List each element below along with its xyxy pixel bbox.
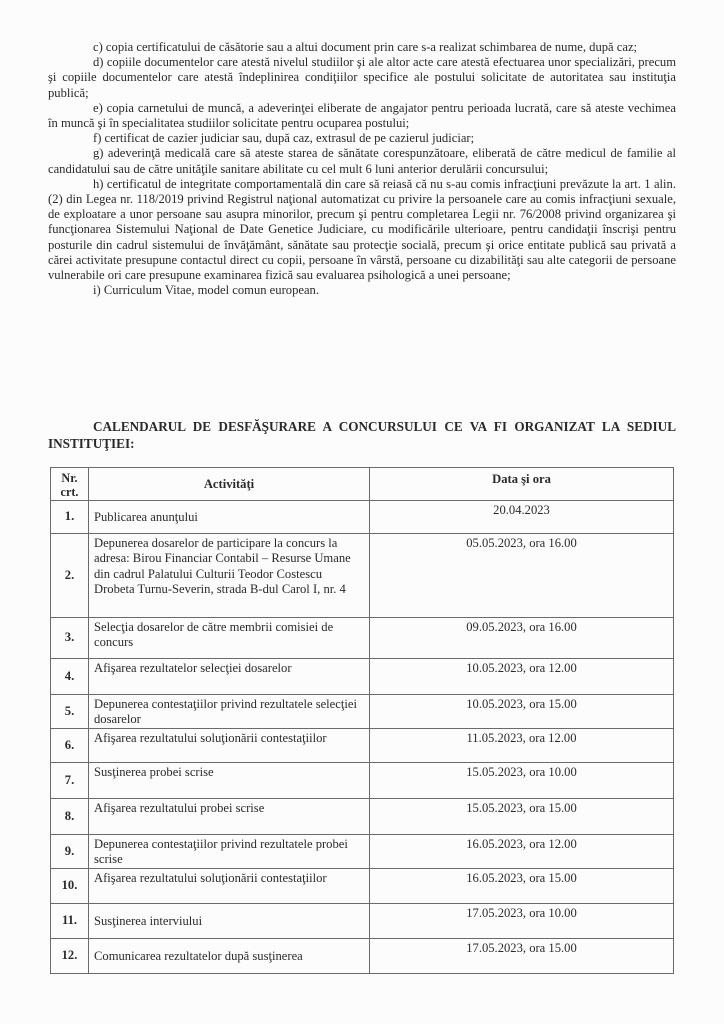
row-activity: Afişarea rezultatului probei scrise: [89, 799, 370, 835]
table-row: 12.Comunicarea rezultatelor după susţine…: [51, 938, 674, 973]
row-number: 6.: [51, 729, 89, 763]
row-datetime: 16.05.2023, ora 15.00: [370, 868, 674, 903]
calendar-heading: CALENDARUL DE DESFĂŞURARE A CONCURSULUI …: [48, 418, 676, 452]
row-datetime: 10.05.2023, ora 12.00: [370, 659, 674, 695]
row-datetime: 09.05.2023, ora 16.00: [370, 618, 674, 659]
row-activity: Susţinerea interviului: [89, 903, 370, 938]
row-number: 4.: [51, 659, 89, 695]
header-datetime: Data şi ora: [370, 468, 674, 501]
row-activity: Afişarea rezultatului soluţionării conte…: [89, 729, 370, 763]
row-datetime: 10.05.2023, ora 15.00: [370, 695, 674, 729]
row-number: 1.: [51, 501, 89, 534]
paragraph-d: d) copiile documentelor care atestă nive…: [48, 55, 676, 101]
row-number: 3.: [51, 618, 89, 659]
row-number: 2.: [51, 534, 89, 618]
row-number: 8.: [51, 799, 89, 835]
row-number: 9.: [51, 835, 89, 869]
row-activity: Depunerea dosarelor de participare la co…: [89, 534, 370, 618]
row-datetime: 20.04.2023: [370, 501, 674, 534]
row-activity: Depunerea contestaţiilor privind rezulta…: [89, 695, 370, 729]
row-activity: Depunerea contestaţiilor privind rezulta…: [89, 835, 370, 869]
row-datetime: 16.05.2023, ora 12.00: [370, 835, 674, 869]
table-row: 7.Susţinerea probei scrise15.05.2023, or…: [51, 763, 674, 799]
row-datetime: 17.05.2023, ora 15.00: [370, 938, 674, 973]
paragraph-e: e) copia carnetului de muncă, a adeverin…: [48, 101, 676, 131]
document-page: c) copia certificatului de căsătorie sau…: [0, 0, 724, 1024]
table-row: 3.Selecţia dosarelor de către membrii co…: [51, 618, 674, 659]
paragraph-i: i) Curriculum Vitae, model comun europea…: [48, 283, 676, 298]
row-datetime: 05.05.2023, ora 16.00: [370, 534, 674, 618]
row-datetime: 11.05.2023, ora 12.00: [370, 729, 674, 763]
row-activity: Afişarea rezultatelor selecţiei dosarelo…: [89, 659, 370, 695]
table-row: 11.Susţinerea interviului17.05.2023, ora…: [51, 903, 674, 938]
header-activity: Activităţi: [89, 468, 370, 501]
table-row: 8.Afişarea rezultatului probei scrise15.…: [51, 799, 674, 835]
calendar-table: Nr. crt. Activităţi Data şi ora 1.Public…: [50, 467, 674, 974]
row-number: 7.: [51, 763, 89, 799]
table-row: 9.Depunerea contestaţiilor privind rezul…: [51, 835, 674, 869]
table-row: 5.Depunerea contestaţiilor privind rezul…: [51, 695, 674, 729]
row-number: 12.: [51, 938, 89, 973]
row-activity: Comunicarea rezultatelor după susţinerea: [89, 938, 370, 973]
paragraph-c: c) copia certificatului de căsătorie sau…: [48, 40, 676, 55]
row-activity: Publicarea anunţului: [89, 501, 370, 534]
row-activity: Susţinerea probei scrise: [89, 763, 370, 799]
table-row: 1.Publicarea anunţului20.04.2023: [51, 501, 674, 534]
table-body: 1.Publicarea anunţului20.04.20232.Depune…: [51, 501, 674, 974]
table-row: 2.Depunerea dosarelor de participare la …: [51, 534, 674, 618]
row-activity: Selecţia dosarelor de către membrii comi…: [89, 618, 370, 659]
table-row: 6.Afişarea rezultatului soluţionării con…: [51, 729, 674, 763]
row-datetime: 15.05.2023, ora 10.00: [370, 763, 674, 799]
table-header-row: Nr. crt. Activităţi Data şi ora: [51, 468, 674, 501]
header-nr: Nr. crt.: [51, 468, 89, 501]
table-row: 10.Afişarea rezultatului soluţionării co…: [51, 868, 674, 903]
table-row: 4.Afişarea rezultatelor selecţiei dosare…: [51, 659, 674, 695]
row-datetime: 17.05.2023, ora 10.00: [370, 903, 674, 938]
required-documents-list: c) copia certificatului de căsătorie sau…: [48, 40, 676, 298]
row-number: 10.: [51, 868, 89, 903]
row-activity: Afişarea rezultatului soluţionării conte…: [89, 868, 370, 903]
row-datetime: 15.05.2023, ora 15.00: [370, 799, 674, 835]
row-number: 11.: [51, 903, 89, 938]
paragraph-g: g) adeverinţă medicală care să ateste st…: [48, 146, 676, 176]
paragraph-f: f) certificat de cazier judiciar sau, du…: [48, 131, 676, 146]
row-number: 5.: [51, 695, 89, 729]
paragraph-h: h) certificatul de integritate comportam…: [48, 177, 676, 283]
